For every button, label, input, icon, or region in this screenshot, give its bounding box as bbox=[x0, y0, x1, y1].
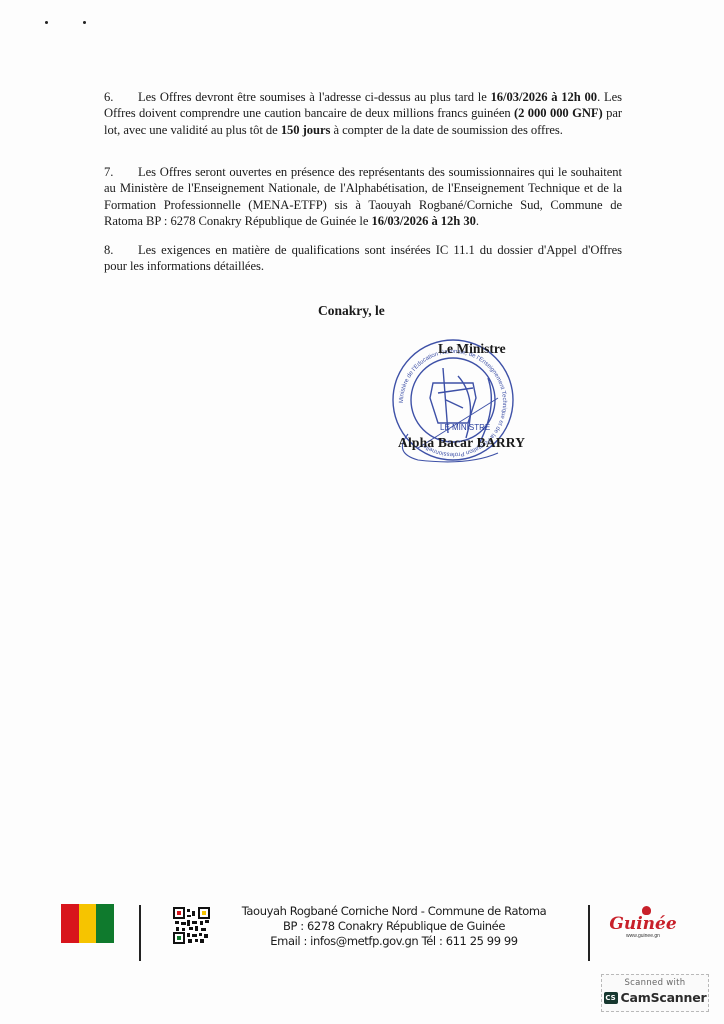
paragraph-7: 7.Les Offres seront ouvertes en présence… bbox=[104, 164, 622, 230]
logo-tuft-icon bbox=[642, 906, 651, 915]
contact-line: Email : infos@metfp.gov.gn Tél : 611 25 … bbox=[214, 934, 574, 949]
flag-stripe-red bbox=[61, 904, 79, 943]
svg-text:LE MINISTRE: LE MINISTRE bbox=[440, 423, 490, 432]
paragraph-text: à compter de la date de soumission des o… bbox=[330, 123, 562, 137]
place-date: Conakry, le bbox=[318, 303, 385, 319]
qr-code-icon[interactable] bbox=[173, 907, 210, 944]
footer-divider bbox=[139, 905, 141, 961]
signatory-title: Le Ministre bbox=[438, 341, 506, 357]
emphasized-text: (2 000 000 GNF) bbox=[514, 106, 603, 120]
paragraph-text: Les exigences en matière de qualificatio… bbox=[104, 243, 622, 273]
logo-text: Guinée bbox=[608, 914, 678, 934]
emphasized-text: 16/03/2026 à 12h 00 bbox=[491, 90, 598, 104]
scan-speck bbox=[45, 21, 48, 24]
flag-stripe-green bbox=[96, 904, 114, 943]
footer-address: Taouyah Rogbané Corniche Nord - Commune … bbox=[214, 904, 574, 949]
watermark-brand: CamScanner bbox=[621, 990, 707, 1005]
address-line: BP : 6278 Conakry République de Guinée bbox=[214, 919, 574, 934]
paragraph-text: Les Offres devront être soumises à l'adr… bbox=[138, 90, 491, 104]
signatory-name: Alpha Bacar BARRY bbox=[398, 435, 525, 451]
paragraph-number: 8. bbox=[104, 242, 138, 258]
paragraph-6: 6.Les Offres devront être soumises à l'a… bbox=[104, 89, 622, 138]
footer-divider bbox=[588, 905, 590, 961]
watermark-caption: Scanned with bbox=[602, 978, 708, 988]
paragraph-text: . bbox=[476, 214, 479, 228]
camscanner-logo-icon: CS bbox=[604, 992, 618, 1004]
paragraph-number: 7. bbox=[104, 164, 138, 180]
flag-stripe-yellow bbox=[79, 904, 97, 943]
emphasized-text: 16/03/2026 à 12h 30 bbox=[371, 214, 475, 228]
scan-speck bbox=[83, 21, 86, 24]
paragraph-text: Les Offres seront ouvertes en présence d… bbox=[104, 165, 622, 228]
emphasized-text: 150 jours bbox=[281, 123, 331, 137]
camscanner-watermark: Scanned with CS CamScanner bbox=[601, 974, 709, 1012]
paragraph-8: 8.Les exigences en matière de qualificat… bbox=[104, 242, 622, 275]
guinee-brand-logo: Guinée www.guinee.gn bbox=[608, 906, 678, 946]
paragraph-number: 6. bbox=[104, 89, 138, 105]
guinea-flag-icon bbox=[61, 904, 114, 943]
address-line: Taouyah Rogbané Corniche Nord - Commune … bbox=[214, 904, 574, 919]
